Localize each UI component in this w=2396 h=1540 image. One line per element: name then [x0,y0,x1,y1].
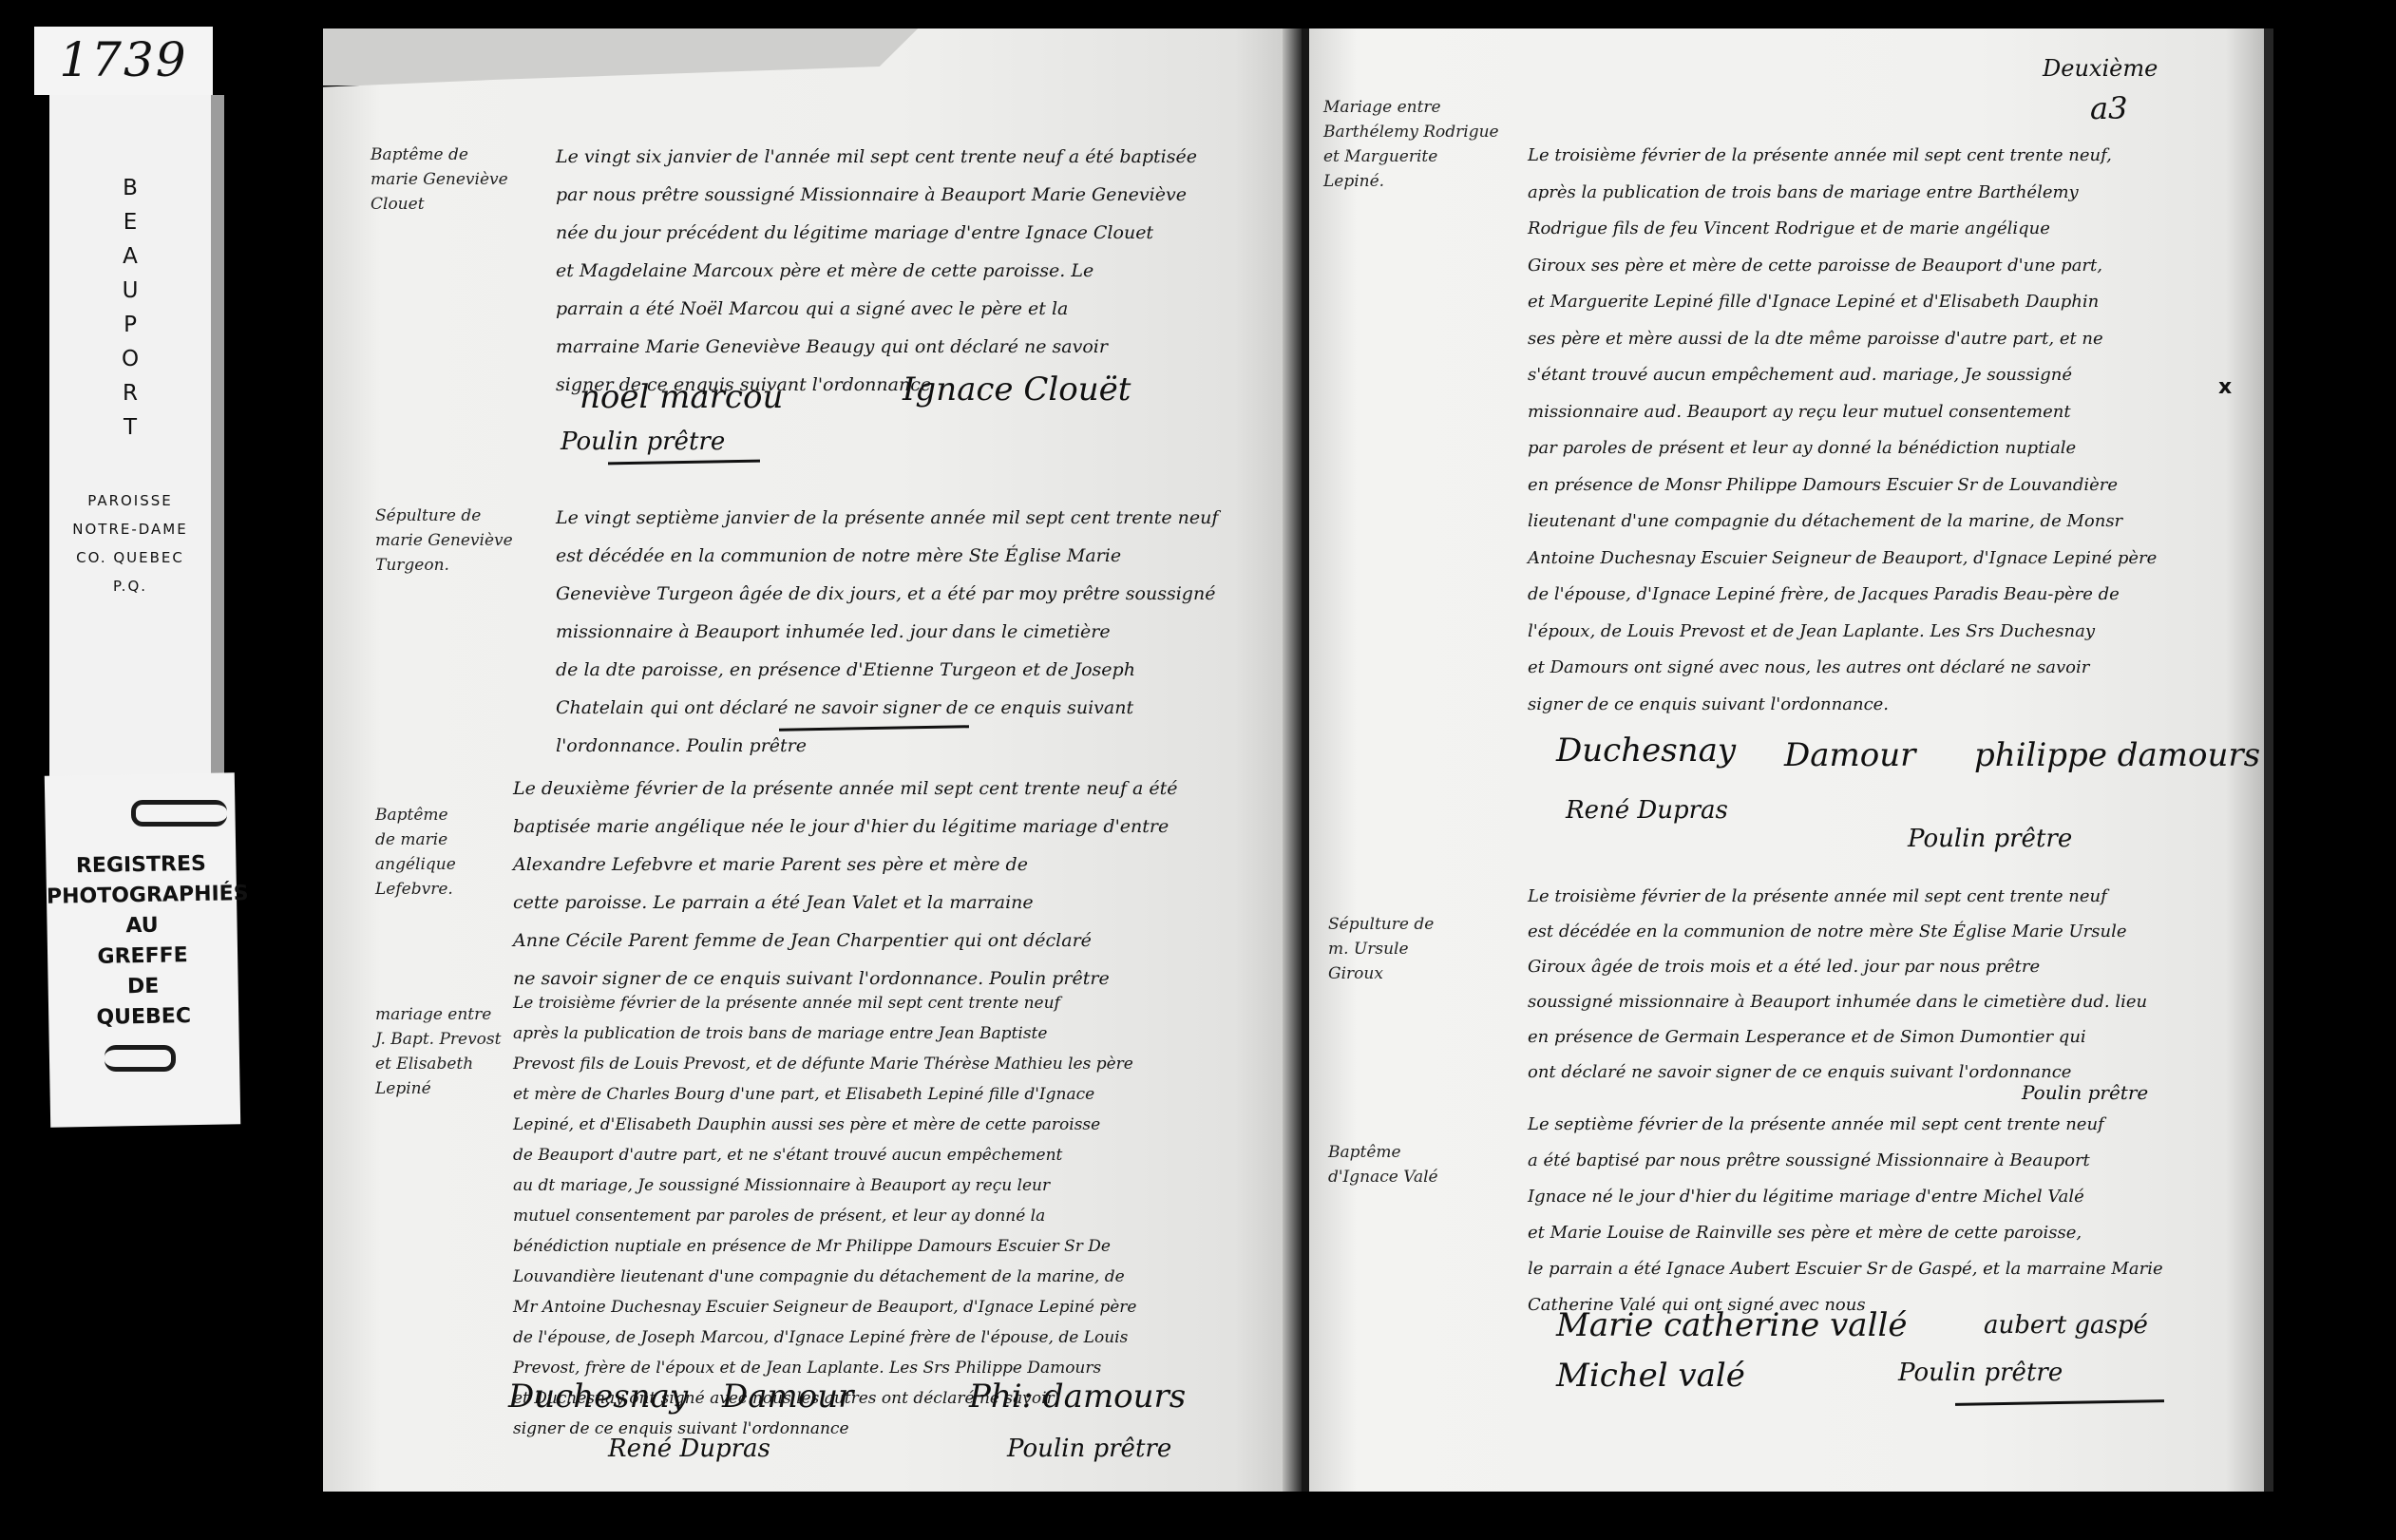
entry-line: Le vingt six janvier de l'année mil sept… [556,138,1197,176]
right-page: Mariage entre Barthélemy Rodrigue et Mar… [1302,29,2273,1492]
margin-line: Giroux [1328,961,1434,986]
entry-line: l'époux, de Louis Prevost et de Jean Lap… [1528,614,2157,651]
margin-line: m. Ursule [1328,937,1434,961]
entry-line: parrain a été Noël Marcou qui a signé av… [556,290,1197,328]
entry-line: Le vingt septième janvier de la présente… [556,499,1218,537]
signature: Duchesnay [508,1378,688,1416]
entry-line: Giroux ses père et mère de cette paroiss… [1528,248,2157,285]
archive-stamp-text: REGISTRES PHOTOGRAPHIÉS AU GREFFE DE QUE… [46,848,238,1034]
entry-line: Chatelain qui ont déclaré ne savoir sign… [556,689,1218,727]
entry-line: marraine Marie Geneviève Beaugy qui ont … [556,328,1197,366]
signature: noel marcou [580,378,783,416]
folio-number: a3 [2090,90,2127,126]
signature: philippe damours [1974,736,2260,774]
entry-line: Alexandre Lefebvre et marie Parent ses p… [513,846,1178,884]
entry-line: et Marguerite Lepiné fille d'Ignace Lepi… [1528,284,2157,321]
margin-note: Sépulture de marie Geneviève Turgeon. [375,504,513,578]
margin-line: Sépulture de [375,504,513,528]
entry-line: Louvandière lieutenant d'une compagnie d… [513,1262,1136,1292]
margin-line: Clouet [371,192,508,217]
margin-note: Baptême d'Ignace Valé [1328,1140,1438,1189]
x-mark: x [2218,375,2232,399]
entry-line: cette paroisse. Le parrain a été Jean Va… [513,884,1178,922]
entry-line: et Marie Louise de Rainville ses père et… [1528,1215,2163,1251]
margin-line: Barthélemy Rodrigue [1323,120,1499,144]
register-entry: Le troisième février de la présente anné… [1528,879,2147,1090]
margin-line: Lepiné [375,1076,501,1101]
margin-note: Mariage entre Barthélemy Rodrigue et Mar… [1323,95,1499,194]
entry-line: bénédiction nuptiale en présence de Mr P… [513,1231,1136,1262]
register-entry: Le deuxième février de la présente année… [513,770,1178,998]
signature: René Dupras [1566,796,1728,825]
entry-line: signer de ce enquis suivant l'ordonnance… [1528,687,2157,724]
parish-letter: E [49,205,211,239]
stamp-line: DE [48,970,238,1003]
signature: Marie catherine vallé [1556,1306,1907,1344]
register-entry: Le troisième février de la présente anné… [513,988,1136,1444]
signature: Poulin prêtre [1908,825,2072,853]
entry-line: Antoine Duchesnay Escuier Seigneur de Be… [1528,541,2157,578]
entry-line: par nous prêtre soussigné Missionnaire à… [556,176,1197,214]
margin-line: Turgeon. [375,553,513,578]
stamp-line: GREFFE [48,940,238,973]
margin-line: marie Geneviève [371,167,508,192]
book-gutter [1283,29,1302,1492]
stamp-line: REGISTRES [46,848,237,882]
stamp-line: AU [47,909,238,942]
entry-line: Lepiné, et d'Elisabeth Dauphin aussi ses… [513,1110,1136,1140]
parish-line: P.Q. [49,572,211,600]
parish-name-vertical: B E A U P O R T [49,171,211,445]
signature: Phi: damours [969,1378,1186,1416]
parish-line: CO. QUEBEC [49,543,211,572]
flourish-line [1955,1399,2164,1406]
signature: Ignace Clouët [903,371,1131,409]
entry-line: après la publication de trois bans de ma… [513,1018,1136,1049]
entry-line: l'ordonnance. Poulin prêtre [556,727,1218,765]
entry-line: baptisée marie angélique née le jour d'h… [513,808,1178,846]
entry-line: au dt mariage, Je soussigné Missionnaire… [513,1170,1136,1201]
left-page: Baptême de marie Geneviève Clouet Le vin… [323,29,1283,1492]
margin-note: Sépulture de m. Ursule Giroux [1328,912,1434,986]
archive-year-label: 1739 [34,27,213,95]
entry-line: Ignace né le jour d'hier du légitime mar… [1528,1179,2163,1215]
signature: aubert gaspé [1984,1311,2148,1340]
entry-line: et Magdelaine Marcoux père et mère de ce… [556,252,1197,290]
parish-line: NOTRE-DAME [49,515,211,543]
flourish-line [608,460,760,466]
signature: Duchesnay [1556,732,1736,770]
entry-line: soussigné missionnaire à Beauport inhumé… [1528,984,2147,1019]
signature: Poulin prêtre [1007,1435,1171,1463]
entry-line: de l'épouse, de Joseph Marcou, d'Ignace … [513,1322,1136,1353]
entry-line: en présence de Monsr Philippe Damours Es… [1528,467,2157,504]
margin-line: de marie [375,827,456,852]
paperclip-icon [131,800,227,827]
margin-line: Lefebvre. [375,877,456,902]
entry-line: après la publication de trois bans de ma… [1528,175,2157,212]
entry-line: de la dte paroisse, en présence d'Etienn… [556,651,1218,689]
margin-line: mariage entre [375,1002,501,1027]
margin-note: mariage entre J. Bapt. Prevost et Elisab… [375,1002,501,1101]
register-entry: Le vingt septième janvier de la présente… [556,499,1218,765]
entry-line: ses père et mère aussi de la dte même pa… [1528,321,2157,358]
entry-line: Le troisième février de la présente anné… [513,988,1136,1018]
entry-line: lieutenant d'une compagnie du détachemen… [1528,504,2157,541]
entry-line: est décédée en la communion de notre mèr… [1528,914,2147,949]
margin-line: Lepiné. [1323,169,1499,194]
margin-line: Sépulture de [1328,912,1434,937]
stamp-line: PHOTOGRAPHIÉS [47,879,238,912]
archive-parish-label: B E A U P O R T PAROISSE NOTRE-DAME CO. … [49,95,224,779]
signature: Poulin prêtre [2022,1081,2148,1104]
entry-line: en présence de Germain Lesperance et de … [1528,1019,2147,1055]
margin-line: d'Ignace Valé [1328,1165,1438,1189]
entry-line: Giroux âgée de trois mois et a été led. … [1528,949,2147,984]
signature: René Dupras [608,1435,770,1463]
paperclip-icon [105,1045,176,1072]
entry-line: Le troisième février de la présente anné… [1528,138,2157,175]
entry-line: de Beauport d'autre part, et ne s'étant … [513,1140,1136,1170]
entry-line: Le troisième février de la présente anné… [1528,879,2147,914]
entry-line: missionnaire à Beauport inhumée led. jou… [556,613,1218,651]
entry-line: née du jour précédent du légitime mariag… [556,214,1197,252]
margin-line: et Marguerite [1323,144,1499,169]
signature: Poulin prêtre [1898,1359,2063,1387]
entry-line: par paroles de présent et leur ay donné … [1528,430,2157,467]
signature: Damour [1784,736,1915,774]
margin-note: Baptême de marie Geneviève Clouet [371,143,508,217]
parish-letter: T [49,410,211,445]
entry-line: Anne Cécile Parent femme de Jean Charpen… [513,922,1178,960]
page-heading: Deuxième [2043,55,2158,82]
parish-letter: A [49,239,211,274]
signature: Michel valé [1556,1357,1745,1395]
margin-line: Mariage entre [1323,95,1499,120]
stamp-line: QUEBEC [48,1000,239,1034]
entry-line: Geneviève Turgeon âgée de dix jours, et … [556,575,1218,613]
entry-line: et mère de Charles Bourg d'une part, et … [513,1079,1136,1110]
entry-line: Le deuxième février de la présente année… [513,770,1178,808]
entry-line: s'étant trouvé aucun empêchement aud. ma… [1528,357,2157,394]
signature: Damour [722,1378,853,1416]
entry-line: Rodrigue fils de feu Vincent Rodrigue et… [1528,211,2157,248]
parish-letter: R [49,376,211,410]
margin-note: Baptême de marie angélique Lefebvre. [375,803,456,902]
entry-line: est décédée en la communion de notre mèr… [556,537,1218,575]
signature: Poulin prêtre [561,428,725,456]
entry-line: Mr Antoine Duchesnay Escuier Seigneur de… [513,1292,1136,1322]
parish-letter: U [49,274,211,308]
parish-details: PAROISSE NOTRE-DAME CO. QUEBEC P.Q. [49,486,211,600]
margin-line: et Elisabeth [375,1052,501,1076]
parish-letter: O [49,342,211,376]
parish-letter: P [49,308,211,342]
entry-line: le parrain a été Ignace Aubert Escuier S… [1528,1251,2163,1287]
entry-line: de l'épouse, d'Ignace Lepiné frère, de J… [1528,577,2157,614]
register-entry: Le vingt six janvier de l'année mil sept… [556,138,1197,404]
entry-line: missionnaire aud. Beauport ay reçu leur … [1528,394,2157,431]
entry-line: et Damours ont signé avec nous, les autr… [1528,650,2157,687]
margin-line: J. Bapt. Prevost [375,1027,501,1052]
parish-letter: B [49,171,211,205]
entry-line: a été baptisé par nous prêtre soussigné … [1528,1143,2163,1179]
entry-line: Prevost fils de Louis Prevost, et de déf… [513,1049,1136,1079]
margin-line: Baptême [1328,1140,1438,1165]
register-entry: Le troisième février de la présente anné… [1528,138,2157,723]
register-entry: Le septième février de la présente année… [1528,1107,2163,1323]
margin-line: Baptême [375,803,456,827]
entry-line: Le septième février de la présente année… [1528,1107,2163,1143]
parish-line: PAROISSE [49,486,211,515]
entry-line: mutuel consentement par paroles de prése… [513,1201,1136,1231]
margin-line: marie Geneviève [375,528,513,553]
margin-line: angélique [375,852,456,877]
margin-line: Baptême de [371,143,508,167]
archive-year: 1739 [34,32,213,87]
